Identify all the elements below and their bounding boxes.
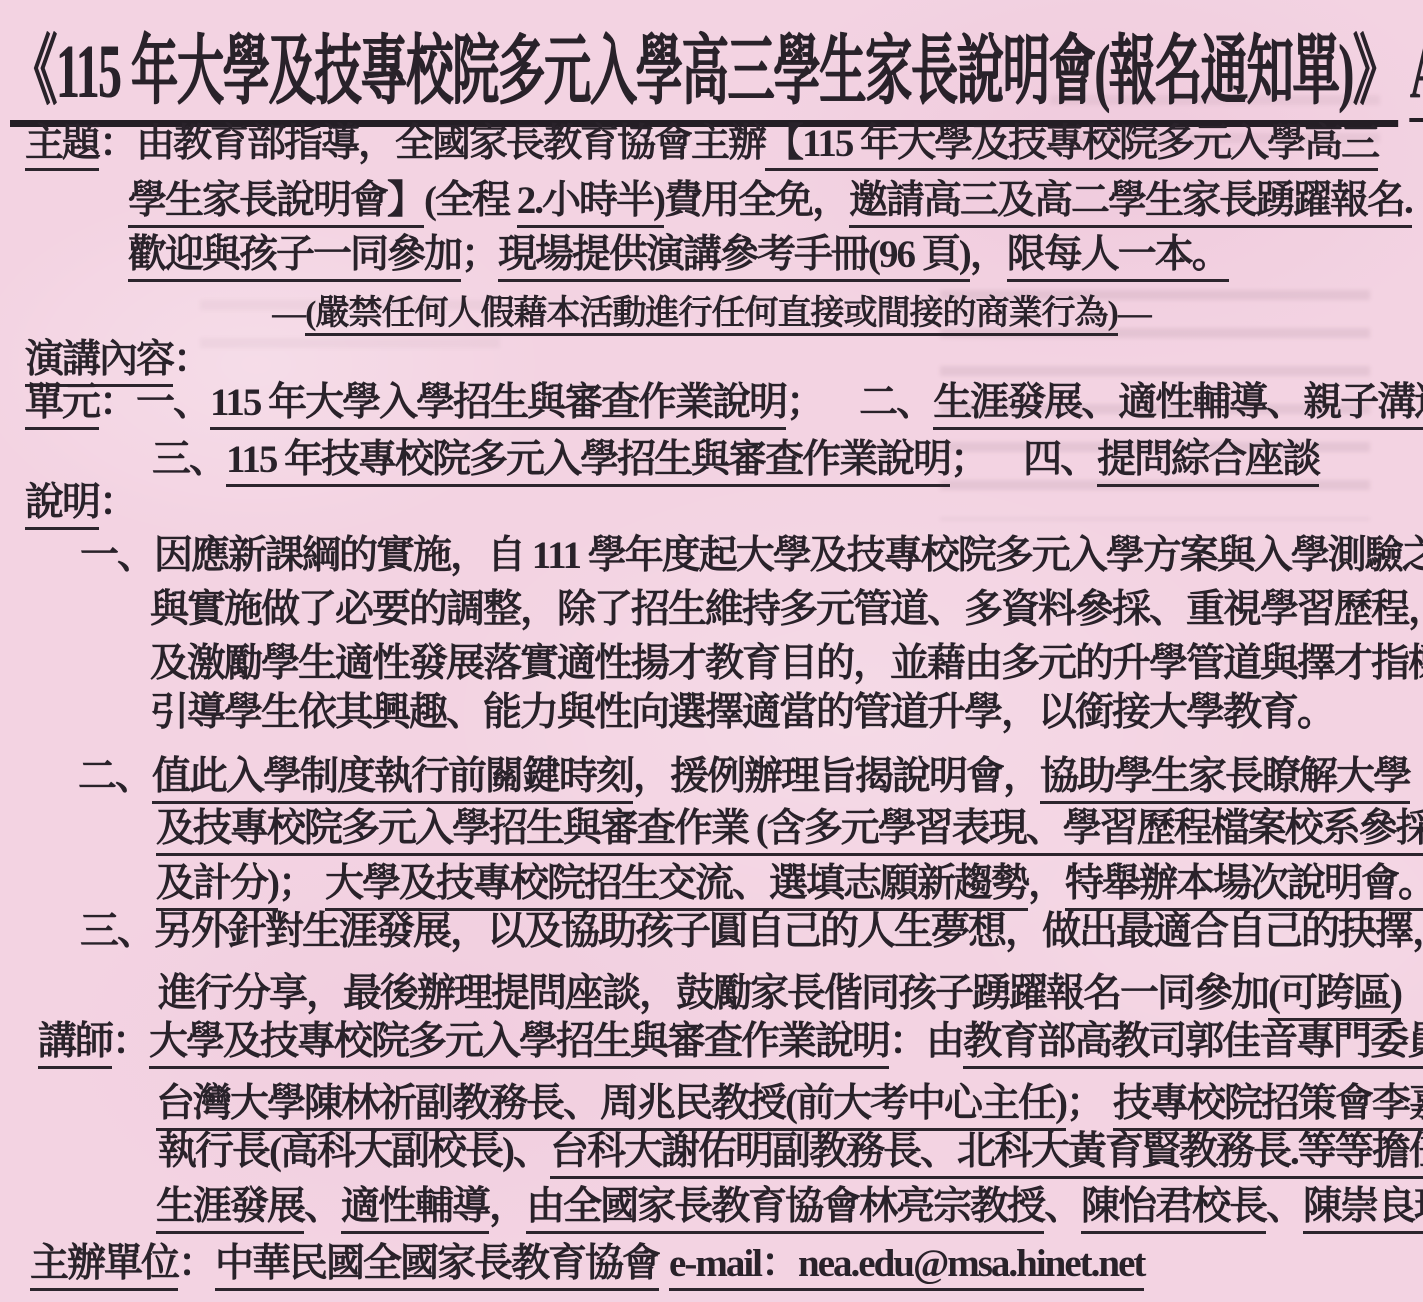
document-title-line: 《115 年大學及技專校院多元入學高三學生家長說明會(報名通知單)》A <box>10 10 1423 119</box>
units-line-2: 三、115 年技專校院多元入學招生與審查作業說明；四、提問綜合座談 <box>152 435 1319 485</box>
unit-2-number: 二、 <box>859 381 933 424</box>
topic-line-3: 歡迎與孩子一同參加；現場提供演講參考手冊(96 頁)，限每人一本。 <box>128 230 1229 280</box>
lecturers-line-2: 台灣大學陳林祈副教務長、周兆民教授(前大考中心主任)；技專校院招策會李嘉紘 <box>156 1079 1423 1129</box>
organizer-colon: ： <box>178 1242 215 1285</box>
lecturers-text: 、 <box>1044 1185 1081 1228</box>
notice-text: (嚴禁任何人假藉本活動進行任何直接或間接的商業行為) <box>305 295 1118 336</box>
topic-text-underlined: 【115 年大學及技專校院多元入學高三 <box>765 122 1378 171</box>
description-header-colon: ： <box>99 481 136 524</box>
notice-dash: — <box>1118 295 1151 332</box>
topic-line-2: 學生家長說明會】(全程 2.小時半)費用全免，邀請高三及高二學生家長踴躍報名. <box>128 176 1412 226</box>
paragraph-2-text-underlined: 及計分) <box>156 862 278 911</box>
topic-text-underlined: 學生家長說明會】 <box>128 179 424 228</box>
topic-text: (全程 <box>424 179 517 222</box>
organizer-name: 中華民國全國家長教育協會 <box>215 1242 659 1291</box>
paragraph-1-number: 一、 <box>80 534 154 577</box>
lecturers-text: 執行長(高科大副校長)、 <box>158 1130 550 1173</box>
paragraph-3-line-1: 三、另外針對生涯發展，以及協助孩子圓自己的人生夢想，做出最適合自己的抉擇， <box>80 907 1423 957</box>
paragraph-1-text: 引導學生依其興趣、能力與性向選擇適當的管道升學，以銜接大學教育。 <box>150 691 1334 734</box>
topic-text: 由教育部指導，全國家長教育協會主辦 <box>136 122 765 165</box>
paragraph-2-line-1: 二、值此入學制度執行前關鍵時刻，援例辦理旨揭說明會，協助學生家長瞭解大學 <box>78 752 1410 802</box>
paragraph-3-line-2: 進行分享，最後辦理提問座談，鼓勵家長偕同孩子踴躍報名一同參加(可跨區) <box>158 969 1401 1019</box>
topic-label: 主題 <box>25 122 99 171</box>
topic-text-underlined: 現場提供演講參考手冊(96 頁) <box>498 233 970 282</box>
lecturers-text-underlined: 生涯發展 <box>156 1185 304 1234</box>
paragraph-1-text: 因應新課綱的實施，自 111 學年度起大學及技專校院多元入學方案與入學測驗之規劃 <box>154 534 1423 577</box>
lecturers-text: 、 <box>1266 1185 1303 1228</box>
paragraph-2-text-underlined: 協助學生家長瞭解大學 <box>1040 755 1410 804</box>
units-line-1: 單元：一、115 年大學入學招生與審查作業說明；二、生涯發展、適性輔導、親子溝通 <box>25 378 1423 428</box>
paragraph-1-line-4: 引導學生依其興趣、能力與性向選擇適當的管道升學，以銜接大學教育。 <box>150 688 1334 738</box>
lecturers-text-underlined: 教育部高教司郭佳音專門委員、 <box>963 1020 1423 1069</box>
prohibition-notice: —(嚴禁任何人假藉本活動進行任何直接或間接的商業行為)— <box>0 292 1423 336</box>
paragraph-2-text-underlined: 大學及技專校院招生交流、選填志願新趨勢 <box>325 862 1028 911</box>
units-label: 單元 <box>25 381 99 430</box>
organizer-line: 主辦單位：中華民國全國家長教育協會e-mail：nea.edu@msa.hine… <box>30 1239 1144 1289</box>
unit-4-title: 提問綜合座談 <box>1097 438 1319 487</box>
paragraph-2-text-underlined: 值此入學制度執行前關鍵時刻 <box>152 755 633 804</box>
topic-colon: ： <box>99 122 136 165</box>
topic-text-underlined: 歡迎與孩子一同參加 <box>128 233 461 282</box>
scanned-document-page: 《115 年大學及技專校院多元入學高三學生家長說明會(報名通知單)》A 主題：由… <box>0 0 1423 1302</box>
topic-text: ， <box>970 233 1007 276</box>
lecturers-text: 、 <box>304 1185 341 1228</box>
unit-4-number: 四、 <box>1023 438 1097 481</box>
units-colon: ： <box>99 381 136 424</box>
paragraph-3-text-underlined: (可跨區) <box>1268 972 1401 1021</box>
paragraph-1-line-2: 與實施做了必要的調整，除了招生維持多元管道、多資料參採、重視學習歷程，以 <box>150 585 1423 635</box>
paragraph-2-text-underlined: 及技專校院多元入學招生與審查作業 (含多元學習表現、學習歷程檔案校系參採 <box>156 807 1423 856</box>
unit-3-title: 115 年技專校院多元入學招生與審查作業說明 <box>226 438 950 487</box>
lecturers-line-3: 執行長(高科大副校長)、台科大謝佑明副教務長、北科大黃育賢教務長.等等擔任； <box>158 1127 1423 1177</box>
unit-1-number: 一、 <box>136 381 210 424</box>
lecturers-text-underlined: 台灣大學陳林祈副教務長、周兆民教授(前大考中心主任) <box>156 1082 1066 1131</box>
paragraph-1-line-1: 一、因應新課綱的實施，自 111 學年度起大學及技專校院多元入學方案與入學測驗之… <box>80 531 1423 581</box>
topic-text-underlined: 限每人一本。 <box>1007 233 1229 282</box>
document-title-suffix: A <box>1410 30 1423 122</box>
unit-2-title: 生涯發展、適性輔導、親子溝通 <box>933 381 1423 430</box>
paragraph-1-text: 與實施做了必要的調整，除了招生維持多元管道、多資料參採、重視學習歷程，以 <box>150 588 1423 631</box>
content-header-colon: ： <box>173 338 210 381</box>
units-separator: ； <box>786 381 823 424</box>
paragraph-3-number: 三、 <box>80 910 154 953</box>
units-separator: ； <box>950 438 987 481</box>
unit-1-title: 115 年大學入學招生與審查作業說明 <box>210 381 786 430</box>
paragraph-2-number: 二、 <box>78 755 152 798</box>
paragraph-2-text-underlined: 特舉辦本場次說明會。 <box>1065 862 1423 911</box>
lecturers-text-underlined: 大學及技專校院多元入學招生與審查作業說明 <box>149 1020 889 1069</box>
paragraph-3-text: 另外針對生涯發展，以及協助孩子圓自己的人生夢想，做出最適合自己的抉擇， <box>154 910 1423 953</box>
lecturers-label: 講師 <box>38 1020 112 1069</box>
lecturers-text: ：由 <box>889 1020 963 1063</box>
paragraph-2-text: ，援例辦理旨揭說明會， <box>633 755 1040 798</box>
paragraph-2-line-2: 及技專校院多元入學招生與審查作業 (含多元學習表現、學習歷程檔案校系參採 <box>156 804 1423 854</box>
paragraph-1-line-3: 及激勵學生適性發展落實適性揚才教育目的，並藉由多元的升學管道與擇才指標， <box>150 639 1423 689</box>
topic-text-underlined: 2.小時半) <box>517 179 664 228</box>
lecturers-text-underlined: 技專校院招策會李嘉紘 <box>1113 1082 1423 1131</box>
lecturers-line-4: 生涯發展、適性輔導，由全國家長教育協會林亮宗教授、陳怡君校長、陳崇良理事長擔任。 <box>156 1182 1423 1232</box>
lecturers-text: ， <box>489 1185 526 1228</box>
description-header-label: 說明 <box>25 481 99 530</box>
lecturers-text-underlined: 適性輔導 <box>341 1185 489 1234</box>
organizer-email: nea.edu@msa.hinet.net <box>798 1242 1144 1291</box>
paragraph-1-text: 及激勵學生適性發展落實適性揚才教育目的，並藉由多元的升學管道與擇才指標， <box>150 642 1423 685</box>
unit-3-number: 三、 <box>152 438 226 481</box>
topic-text: 費用全免， <box>664 179 849 222</box>
organizer-label: 主辦單位 <box>30 1242 178 1291</box>
topic-text-underlined: 邀請高三及高二學生家長踴躍報名. <box>849 179 1412 228</box>
lecturers-text-underlined: 台科大謝佑明副教務長、北科大黃育賢教務長.等等擔任 <box>550 1130 1423 1179</box>
notice-dash: — <box>272 295 305 332</box>
lecturers-line-1: 講師：大學及技專校院多元入學招生與審查作業說明：由教育部高教司郭佳音專門委員、 <box>38 1017 1423 1067</box>
lecturers-text-underlined: 陳怡君校長 <box>1081 1185 1266 1234</box>
description-header: 說明： <box>25 478 136 528</box>
lecturers-colon: ： <box>112 1020 149 1063</box>
document-title: 《115 年大學及技專校院多元入學高三學生家長說明會(報名通知單)》 <box>10 30 1398 127</box>
organizer-email-prefix: e-mail： <box>669 1242 798 1291</box>
lecturers-text: ； <box>1066 1082 1103 1125</box>
lecturers-text-underlined: 由全國家長教育協會林亮宗教授 <box>526 1185 1044 1234</box>
topic-line-1: 主題：由教育部指導，全國家長教育協會主辦【115 年大學及技專校院多元入學高三 <box>25 119 1378 169</box>
paragraph-2-text: ， <box>1028 862 1065 905</box>
paragraph-2-line-3: 及計分)；大學及技專校院招生交流、選填志願新趨勢，特舉辦本場次說明會。 <box>156 859 1423 909</box>
paragraph-3-text: 進行分享，最後辦理提問座談，鼓勵家長偕同孩子踴躍報名一同參加 <box>158 972 1268 1015</box>
lecturers-text-underlined: 陳崇良理事長擔任 <box>1303 1185 1423 1234</box>
topic-text: ； <box>461 233 498 276</box>
paragraph-2-text: ； <box>278 862 315 905</box>
